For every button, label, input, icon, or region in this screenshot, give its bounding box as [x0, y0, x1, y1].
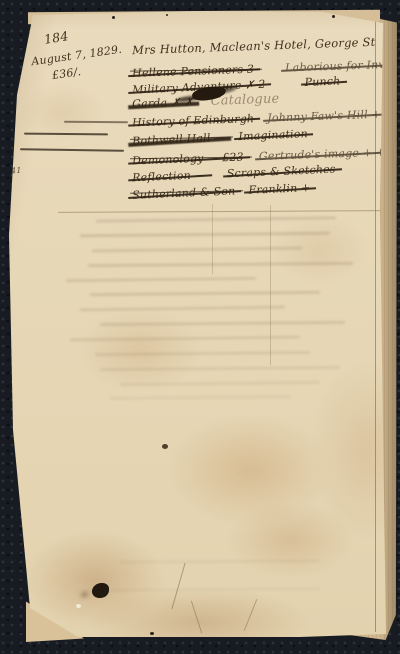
bleed-through-line: [90, 291, 320, 296]
speck: [166, 14, 168, 16]
bleed-through-line: [70, 336, 300, 342]
bleed-through-line: [120, 559, 320, 563]
bleed-through-line: [95, 351, 310, 356]
margin-strike-dash: [24, 133, 108, 136]
margin-strike-dash: [64, 121, 128, 124]
bleed-through-line: [80, 306, 285, 312]
bleed-through-line: [66, 277, 256, 282]
speck: [332, 15, 335, 18]
entry-text-struck: Punch: [304, 74, 340, 89]
entry-text-struck: Imagination: [238, 127, 308, 143]
ledger-photo: 184 August 7, 1829. £36/. 41 Mrs Hutton,…: [0, 0, 400, 654]
speck: [112, 16, 115, 19]
bleed-through-line: [100, 366, 340, 371]
bleed-through-line: [110, 395, 290, 400]
price-notation: £36/.: [51, 65, 82, 82]
white-speck: [76, 604, 81, 608]
bleed-through-line: [88, 262, 353, 267]
margin-strike-dash: [20, 148, 124, 151]
ink-dot: [162, 444, 168, 449]
entry-text-struck: Franklin +: [248, 181, 311, 197]
speck: [150, 632, 154, 635]
bleed-through-line: [90, 587, 320, 592]
margin-note: 41: [11, 166, 22, 176]
manuscript-page: 184 August 7, 1829. £36/. 41 Mrs Hutton,…: [0, 0, 400, 654]
vertical-crease: [270, 205, 271, 365]
bleed-through-line: [100, 321, 345, 326]
paper-crack: [171, 563, 185, 609]
page-number: 184: [43, 28, 70, 47]
paper-crack: [191, 601, 202, 634]
entry-text-struck: Bothwell Hall —: [132, 131, 226, 148]
entry-text-struck: Johnny Faw's Hill +: [267, 108, 381, 125]
bleed-through-line: [96, 216, 336, 222]
bleed-through-line: [80, 232, 330, 238]
ink-blot: [92, 583, 109, 598]
entry-text-struck: Garda ✗ ✗: [132, 95, 194, 110]
entry-text-struck: Sutherland & Son: [132, 184, 236, 201]
bleed-through-line: [120, 381, 320, 386]
horizontal-crease: [58, 210, 388, 213]
paper-crack: [244, 599, 258, 631]
